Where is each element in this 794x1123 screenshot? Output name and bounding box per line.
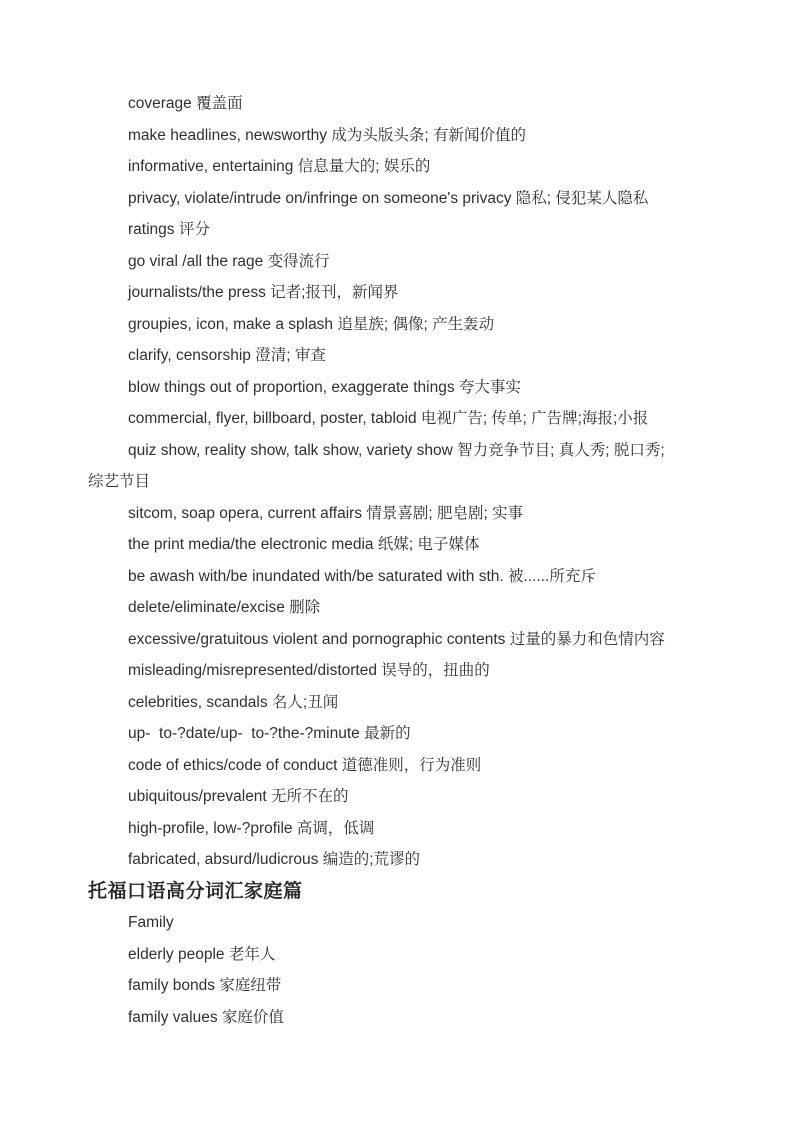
entry-chinese-translation: 电视广告; 传单; 广告牌;海报;小报: [417, 410, 649, 427]
entry-chinese-translation: 评分: [175, 221, 210, 238]
vocab-entry: go viral /all the rage 变得流行: [88, 246, 706, 278]
document-page: coverage 覆盖面make headlines, newsworthy 成…: [0, 0, 794, 1123]
vocab-entry: Family: [88, 907, 706, 939]
vocab-entry: groupies, icon, make a splash 追星族; 偶像; 产…: [88, 309, 706, 341]
entry-english-term: privacy, violate/intrude on/infringe on …: [128, 190, 511, 207]
entry-chinese-translation: 成为头版头条; 有新闻价值的: [327, 127, 526, 144]
entry-english-term: family values: [128, 1009, 218, 1026]
entry-english-term: family bonds: [128, 977, 215, 994]
entry-chinese-translation: 名人;丑闻: [268, 694, 339, 711]
vocab-entry: misleading/misrepresented/distorted 误导的，…: [88, 655, 706, 687]
entry-chinese-translation: 信息量大的; 娱乐的: [293, 158, 430, 175]
entry-chinese-translation: 误导的，扭曲的: [377, 662, 490, 679]
entry-chinese-translation: 智力竞争节目; 真人秀; 脱口秀;: [453, 442, 665, 459]
vocab-entry: ratings 评分: [88, 214, 706, 246]
entry-chinese-translation: 编造的;荒谬的: [318, 851, 420, 868]
entry-english-term: make headlines, newsworthy: [128, 127, 327, 144]
entry-chinese-translation: 变得流行: [263, 253, 329, 270]
vocab-entry: make headlines, newsworthy 成为头版头条; 有新闻价值…: [88, 120, 706, 152]
vocab-entry: blow things out of proportion, exaggerat…: [88, 372, 706, 404]
entry-english-term: ratings: [128, 221, 175, 238]
entry-chinese-translation: 高调，低调: [293, 820, 375, 837]
vocab-entry: elderly people 老年人: [88, 939, 706, 971]
entry-chinese-translation: 纸媒; 电子媒体: [374, 536, 480, 553]
entry-english-term: journalists/the press: [128, 284, 266, 301]
vocab-entry: high-profile, low-?profile 高调，低调: [88, 813, 706, 845]
vocab-entry: sitcom, soap opera, current affairs 情景喜剧…: [88, 498, 706, 530]
vocab-entry: ubiquitous/prevalent 无所不在的: [88, 781, 706, 813]
entry-chinese-translation: 无所不在的: [267, 788, 349, 805]
vocab-entry: commercial, flyer, billboard, poster, ta…: [88, 403, 706, 435]
entry-english-term: go viral /all the rage: [128, 253, 263, 270]
vocab-entry: journalists/the press 记者;报刊，新闻界: [88, 277, 706, 309]
entry-chinese-translation: 过量的暴力和色情内容: [505, 631, 664, 648]
entry-chinese-translation: 澄清; 审查: [251, 347, 326, 364]
entry-chinese-translation-wrapped: 综艺节目: [88, 473, 150, 490]
entry-chinese-translation: 夸大事实: [455, 379, 521, 396]
vocab-entry: family values 家庭价值: [88, 1002, 706, 1034]
entry-english-term: code of ethics/code of conduct: [128, 757, 337, 774]
entry-chinese-translation: 老年人: [225, 946, 276, 963]
vocab-entry: family bonds 家庭纽带: [88, 970, 706, 1002]
entry-english-term: quiz show, reality show, talk show, vari…: [128, 442, 453, 459]
entry-chinese-translation: 家庭纽带: [215, 977, 281, 994]
vocab-entry: informative, entertaining 信息量大的; 娱乐的: [88, 151, 706, 183]
entry-english-term: misleading/misrepresented/distorted: [128, 662, 377, 679]
entry-english-term: the print media/the electronic media: [128, 536, 374, 553]
entry-english-term: elderly people: [128, 946, 225, 963]
vocab-entry: fabricated, absurd/ludicrous 编造的;荒谬的: [88, 844, 706, 876]
vocab-entry: the print media/the electronic media 纸媒;…: [88, 529, 706, 561]
entry-chinese-translation: 追星族; 偶像; 产生轰动: [333, 316, 494, 333]
vocab-entry: delete/eliminate/excise 删除: [88, 592, 706, 624]
vocab-entry: quiz show, reality show, talk show, vari…: [88, 435, 706, 498]
entry-chinese-translation: 被......所充斥: [504, 568, 596, 585]
entry-english-term: ubiquitous/prevalent: [128, 788, 267, 805]
vocab-entry: code of ethics/code of conduct 道德准则，行为准则: [88, 750, 706, 782]
entry-english-term: Family: [128, 914, 174, 931]
family-section-heading: 托福口语高分词汇家庭篇: [88, 876, 706, 908]
entry-chinese-translation: 道德准则，行为准则: [337, 757, 481, 774]
entry-english-term: groupies, icon, make a splash: [128, 316, 333, 333]
entry-english-term: excessive/gratuitous violent and pornogr…: [128, 631, 505, 648]
entry-chinese-translation: 删除: [285, 599, 320, 616]
vocab-entry: up- to-?date/up- to-?the-?minute 最新的: [88, 718, 706, 750]
vocab-entry: celebrities, scandals 名人;丑闻: [88, 687, 706, 719]
entry-chinese-translation: 隐私; 侵犯某人隐私: [511, 190, 648, 207]
entry-chinese-translation: 覆盖面: [192, 95, 243, 112]
entry-english-term: celebrities, scandals: [128, 694, 268, 711]
entry-english-term: be awash with/be inundated with/be satur…: [128, 568, 504, 585]
vocab-entry: be awash with/be inundated with/be satur…: [88, 561, 706, 593]
vocab-entry: excessive/gratuitous violent and pornogr…: [88, 624, 706, 656]
entry-english-term: delete/eliminate/excise: [128, 599, 285, 616]
entry-chinese-translation: 记者;报刊，新闻界: [266, 284, 399, 301]
vocab-entry: clarify, censorship 澄清; 审查: [88, 340, 706, 372]
family-vocab-list: Familyelderly people 老年人family bonds 家庭纽…: [88, 907, 706, 1033]
entry-english-term: sitcom, soap opera, current affairs: [128, 505, 362, 522]
entry-english-term: up- to-?date/up- to-?the-?minute: [128, 725, 360, 742]
media-vocab-list: coverage 覆盖面make headlines, newsworthy 成…: [88, 88, 706, 876]
entry-chinese-translation: 家庭价值: [218, 1009, 284, 1026]
entry-english-term: blow things out of proportion, exaggerat…: [128, 379, 455, 396]
entry-english-term: coverage: [128, 95, 192, 112]
vocab-entry: coverage 覆盖面: [88, 88, 706, 120]
entry-english-term: fabricated, absurd/ludicrous: [128, 851, 318, 868]
entry-english-term: high-profile, low-?profile: [128, 820, 293, 837]
entry-chinese-translation: 情景喜剧; 肥皂剧; 实事: [362, 505, 523, 522]
vocab-entry: privacy, violate/intrude on/infringe on …: [88, 183, 706, 215]
entry-chinese-translation: 最新的: [360, 725, 411, 742]
entry-english-term: commercial, flyer, billboard, poster, ta…: [128, 410, 417, 427]
entry-english-term: informative, entertaining: [128, 158, 293, 175]
entry-english-term: clarify, censorship: [128, 347, 251, 364]
